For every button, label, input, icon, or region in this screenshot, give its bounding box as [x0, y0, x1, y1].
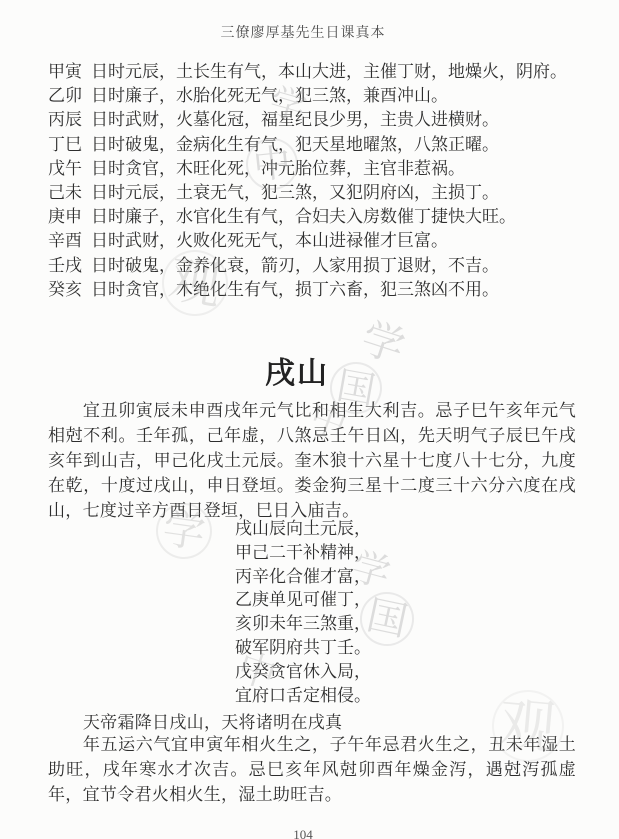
- verse-line: 亥卯未年三煞重，: [235, 612, 371, 636]
- day-line-label: 丁巳: [48, 130, 84, 155]
- section-paragraph-2: 年五运六气宜申寅年相火生之，子午年忌君火生之，丑未年湿土助旺，戌年寒水才次吉。忌…: [48, 732, 576, 807]
- scanned-document-page: 三僚廖厚基先生日课真本 甲寅 日时元辰，土长生有气，本山大进，主催丁财，地燥火，…: [0, 0, 619, 839]
- day-line: 甲寅 日时元辰，土长生有气，本山大进，主催丁财，地燥火，阴府。: [48, 57, 599, 81]
- day-line-text: 日时廉子，水官化生有气，合妇夫入房数催丁捷快大旺。: [91, 202, 516, 227]
- day-line-text: 日时武财，火败化死无气，本山进禄催才巨富。: [91, 226, 448, 251]
- day-line: 癸亥 日时贪官，木绝化生有气，损丁六畜，犯三煞凶不用。: [48, 275, 599, 299]
- day-line-label: 壬戌: [48, 251, 84, 276]
- day-line-text: 日时破鬼，金病化生有气，犯天星地曜煞，八煞正曜。: [91, 130, 499, 155]
- day-line-text: 日时贪官，木旺化死，冲元胎位葬，主官非惹祸。: [91, 154, 465, 179]
- day-line: 壬戌 日时破鬼，金养化衰，箭刃，人家用损丁退财，不吉。: [48, 251, 599, 275]
- day-line-text: 日时贪官，木绝化生有气，损丁六畜，犯三煞凶不用。: [91, 275, 499, 300]
- verse-line: 丙辛化合催才富，: [235, 565, 371, 589]
- day-line-label: 庚申: [48, 202, 84, 227]
- day-line-label: 甲寅: [48, 57, 84, 82]
- day-line-label: 癸亥: [48, 275, 84, 300]
- day-line: 乙卯 日时廉子，水胎化死无气，犯三煞，兼酉冲山。: [48, 81, 599, 105]
- day-line: 己未 日时元辰，土衰无气，犯三煞，又犯阴府凶，主损丁。: [48, 178, 599, 202]
- verse-line: 戌山辰向土元辰，: [235, 517, 371, 541]
- day-line-text: 日时元辰，土长生有气，本山大进，主催丁财，地燥火，阴府。: [91, 57, 567, 82]
- day-line: 辛酉 日时武财，火败化死无气，本山进禄催才巨富。: [48, 226, 599, 250]
- verse-block: 戌山辰向土元辰， 甲己二干补精神， 丙辛化合催才富， 乙庚单见可催丁， 亥卯未年…: [235, 517, 371, 707]
- day-lines-list: 甲寅 日时元辰，土长生有气，本山大进，主催丁财，地燥火，阴府。 乙卯 日时廉子，…: [48, 57, 599, 299]
- day-line-label: 戊午: [48, 154, 84, 179]
- day-line-text: 日时廉子，水胎化死无气，犯三煞，兼酉冲山。: [91, 81, 448, 106]
- verse-line: 甲己二干补精神，: [235, 541, 371, 565]
- day-line: 戊午 日时贪官，木旺化死，冲元胎位葬，主官非惹祸。: [48, 154, 599, 178]
- day-line-label: 辛酉: [48, 226, 84, 251]
- day-line-text: 日时元辰，土衰无气，犯三煞，又犯阴府凶，主损丁。: [91, 178, 499, 203]
- day-line-label: 乙卯: [48, 81, 84, 106]
- day-line-text: 日时武财，火墓化冠，福星纪艮少男，主贵人进横财。: [91, 105, 499, 130]
- page-header-title: 三僚廖厚基先生日课真本: [0, 22, 606, 42]
- day-line: 丁巳 日时破鬼，金病化生有气，犯天星地曜煞，八煞正曜。: [48, 130, 599, 154]
- day-line-text: 日时破鬼，金养化衰，箭刃，人家用损丁退财，不吉。: [91, 251, 499, 276]
- verse-line: 破军阴府共丁壬。: [235, 636, 371, 660]
- verse-line: 戊癸贪官休入局，: [235, 660, 371, 684]
- day-line: 庚申 日时廉子，水官化生有气，合妇夫入房数催丁捷快大旺。: [48, 202, 599, 226]
- day-line: 丙辰 日时武财，火墓化冠，福星纪艮少男，主贵人进横财。: [48, 105, 599, 129]
- section-paragraph-1: 宜丑卯寅辰未申酉戌年元气比和相生大利吉。忌子巳午亥年元气相尅不利。壬年孤，己年虚…: [48, 398, 576, 523]
- day-line-label: 丙辰: [48, 105, 84, 130]
- section-title: 戌山: [0, 348, 594, 392]
- day-line-label: 己未: [48, 178, 84, 203]
- verse-line: 宜府口舌定相侵。: [235, 684, 371, 708]
- tiandi-line: 天帝霜降日戌山，天将诸明在戌真: [48, 708, 342, 733]
- verse-line: 乙庚单见可催丁，: [235, 588, 371, 612]
- page-number: 104: [0, 827, 606, 839]
